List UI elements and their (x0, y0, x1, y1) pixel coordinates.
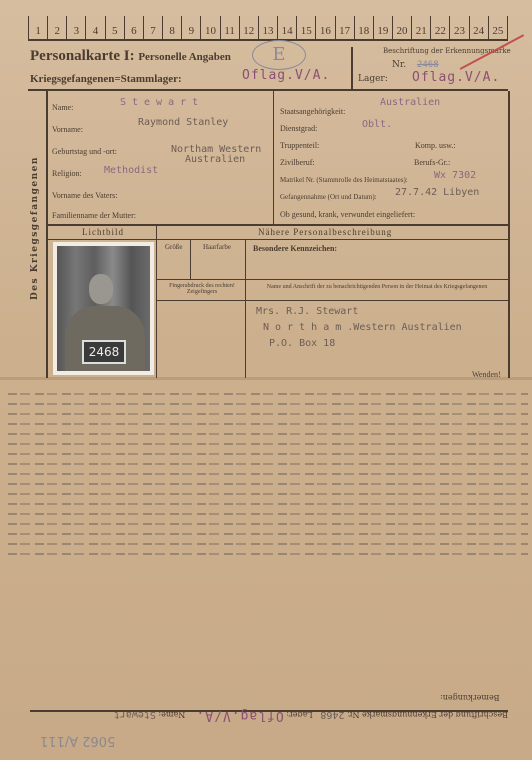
strip-cell: 18 (354, 16, 373, 39)
footer-erk-nr: 2468 (320, 709, 344, 720)
field-vorname-value: Raymond Stanley (138, 117, 228, 128)
lichtbild-header: Lichtbild (82, 227, 124, 237)
field-gefangennahme-label: Gefangennahme (Ort und Datum): (280, 193, 377, 201)
photo-divider (156, 224, 157, 378)
strip-cell: 1 (28, 16, 47, 39)
strip-cell: 5 (105, 16, 124, 39)
wenden-note: Wenden! (472, 370, 501, 379)
handwriting-line (8, 443, 528, 445)
strip-cell: 16 (315, 16, 334, 39)
handwriting-line (8, 533, 528, 535)
handwriting-line (8, 423, 528, 425)
photo-image: 2468 (57, 246, 150, 371)
strip-cell: 25 (488, 16, 508, 39)
field-matrikel-value: Wx 7302 (434, 170, 476, 181)
field-dienstgrad-label: Dienstgrad: (280, 124, 317, 133)
handwritten-notes-upside-down (8, 385, 528, 695)
field-vater-label: Vorname des Vaters: (52, 191, 117, 200)
circled-e-mark: E (252, 40, 306, 70)
field-geburt-value-2: Australien (185, 154, 245, 165)
handwriting-line (8, 543, 528, 545)
contact-line-3: P.O. Box 18 (269, 338, 335, 349)
left-frame (46, 91, 48, 378)
handwriting-line (8, 483, 528, 485)
strip-cell: 15 (296, 16, 315, 39)
field-name-label: Name: (52, 103, 73, 112)
strip-cell: 8 (162, 16, 181, 39)
handwriting-line (8, 473, 528, 475)
field-komp-label: Komp. usw.: (415, 141, 456, 150)
strip-cell: 19 (373, 16, 392, 39)
footer-name-value: Stewart (114, 709, 156, 720)
contact-rule (156, 300, 508, 301)
right-frame (508, 91, 510, 378)
strip-cell: 11 (220, 16, 239, 39)
card-title: Personalkarte I: Personelle Angaben (30, 48, 231, 65)
field-religion-label: Religion: (52, 169, 82, 178)
erkennungsmarke-lager-label: Lager: (358, 74, 388, 84)
field-religion-value: Methodist (104, 165, 158, 176)
groesse-divider (190, 239, 191, 279)
field-vorname-label: Vorname: (52, 125, 83, 134)
middle-divider (273, 91, 274, 224)
description-divider (245, 239, 246, 378)
strip-cell: 12 (239, 16, 258, 39)
handwriting-line (8, 403, 528, 405)
handwriting-line (8, 453, 528, 455)
fingerprint-rule (156, 279, 508, 280)
handwriting-line (8, 513, 528, 515)
handwriting-line (8, 493, 528, 495)
nr-value: 2468 (417, 60, 439, 70)
strip-cell: 24 (469, 16, 488, 39)
stammlager-label: Kriegsgefangenen=Stammlager: (30, 73, 182, 85)
field-truppenteil-label: Truppenteil: (280, 141, 319, 150)
subheader-rule (46, 239, 508, 240)
handwriting-line (8, 553, 528, 555)
contact-header: Name und Anschrift der zu benachrichtige… (262, 284, 492, 290)
strip-cell: 23 (449, 16, 468, 39)
photo-figure-head (89, 274, 113, 304)
subtitle-text: Personelle Angaben (138, 51, 231, 63)
strip-cell: 21 (411, 16, 430, 39)
photo-number-slate: 2468 (82, 340, 126, 364)
groesse-label: Größe (165, 243, 183, 251)
header-rule (28, 89, 508, 91)
handwriting-line (8, 433, 528, 435)
handwriting-line (8, 463, 528, 465)
pencil-note: 5062 A/111 (40, 733, 115, 748)
footer-erk-label: Beschriftung der Erkennungsmarke Nr. (347, 710, 508, 719)
footer-lager-stamp: Oflag.V/A. (195, 708, 283, 723)
section-rule (46, 224, 508, 226)
footer-name-label: Name: (158, 710, 185, 719)
strip-cell: 2 (47, 16, 66, 39)
fingerabdruck-label: Fingerabdruck des rechten! Zeigefingers (162, 283, 242, 295)
handwriting-line (8, 413, 528, 415)
fold-line (0, 377, 532, 380)
number-strip: 1 2 3 4 5 6 7 8 9 10 11 12 13 14 15 16 1… (28, 16, 508, 41)
strip-cell: 4 (85, 16, 104, 39)
field-geburt-label: Geburtstag und -ort: (52, 147, 117, 156)
strip-cell: 9 (181, 16, 200, 39)
field-zivilberuf-label: Zivilberuf: (280, 158, 315, 167)
erkennungsmarke-lager-stamp: Oflag.V/A. (412, 70, 500, 85)
footer-lager-label: Lager: (286, 710, 312, 719)
field-gefangennahme-value: 27.7.42 Libyen (395, 187, 479, 198)
strip-cell: 3 (66, 16, 85, 39)
description-header: Nähere Personalbeschreibung (258, 227, 392, 237)
header-divider (351, 47, 353, 89)
handwriting-line (8, 393, 528, 395)
field-matrikel-label: Matrikel Nr. (Stammrolle des Heimatstaat… (280, 176, 408, 184)
stammlager-stamp: Oflag.V/A. (242, 68, 330, 83)
strip-cell: 13 (258, 16, 277, 39)
strip-cell: 20 (392, 16, 411, 39)
contact-line-1: Mrs. R.J. Stewart (256, 306, 358, 317)
handwriting-line (8, 523, 528, 525)
handwriting-line (8, 503, 528, 505)
field-mutter-label: Familienname der Mutter: (52, 211, 136, 220)
strip-cell: 7 (143, 16, 162, 39)
title-text: Personalkarte I: (30, 48, 135, 64)
field-dienstgrad-value: Oblt. (362, 119, 392, 130)
footer-upside-down: Beschriftung der Erkennungsmarke Nr. 246… (30, 708, 508, 723)
field-name-value: Stewart (120, 97, 204, 108)
haarfarbe-label: Haarfarbe (203, 243, 231, 251)
vertical-label: Des Kriegsgefangenen (30, 156, 40, 300)
erkennungsmarke-nr: Nr. 2468 (392, 60, 439, 70)
prisoner-photo: 2468 (53, 242, 154, 375)
nr-label: Nr. (392, 60, 406, 70)
personalkarte: 1 2 3 4 5 6 7 8 9 10 11 12 13 14 15 16 1… (0, 0, 532, 760)
strip-cell: 22 (430, 16, 449, 39)
strip-cell: 6 (124, 16, 143, 39)
contact-line-2: N o r t h a m .Western Australien (263, 322, 462, 333)
field-berufsgr-label: Berufs-Gr.: (414, 158, 450, 167)
strip-cell: 10 (200, 16, 219, 39)
kennzeichen-label: Besondere Kennzeichen: (253, 244, 337, 253)
field-staatsangehoerigkeit-value: Australien (380, 97, 440, 108)
field-gesund-label: Ob gesund, krank, verwundet eingeliefert… (280, 210, 415, 219)
strip-cell: 17 (335, 16, 354, 39)
bemerkungen-label: Bemerkungen: (440, 693, 500, 702)
field-staatsangehoerigkeit-label: Staatsangehörigkeit: (280, 107, 345, 116)
strip-cell: 14 (277, 16, 296, 39)
